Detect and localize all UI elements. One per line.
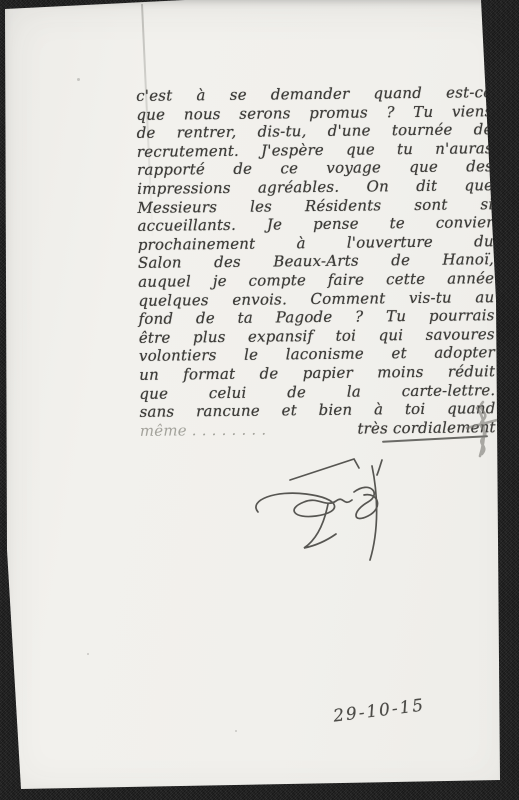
signature <box>248 450 393 572</box>
signature-flourish-icon <box>248 450 393 568</box>
closing-faint-text: même . . . . . . . . <box>140 420 267 440</box>
paper-speck <box>235 730 237 732</box>
smudge-scribble-icon <box>455 398 501 460</box>
pencil-smudge <box>455 398 501 464</box>
paper-speck <box>77 78 80 81</box>
paper-speck <box>87 653 89 655</box>
letter-body-text: c'est à se demander quand est-ce que nou… <box>136 83 496 440</box>
letter-page: c'est à se demander quand est-ce que nou… <box>0 0 519 800</box>
